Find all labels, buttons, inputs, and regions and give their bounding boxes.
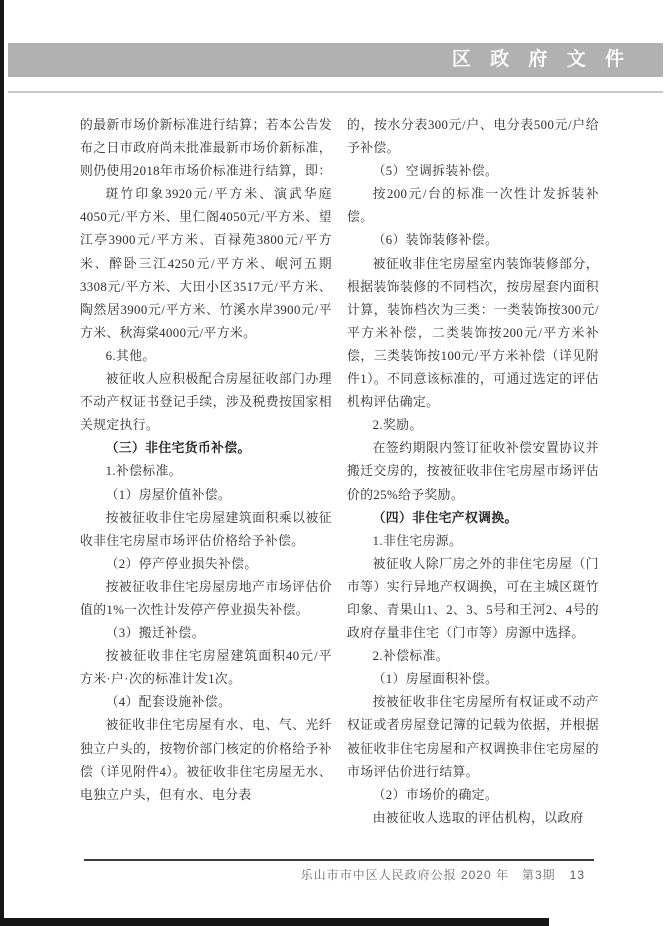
paragraph: （4）配套设施补偿。 [80,691,332,714]
banner-rule [8,91,663,93]
paragraph: 6.其他。 [80,345,332,368]
paragraph: 1.补偿标准。 [80,460,332,483]
page-number: 13 [570,868,585,882]
paragraph: （6）装饰装修补偿。 [347,229,599,252]
page-footer: 乐山市市中区人民政府公报 2020 年 第3期13 [301,866,585,883]
paragraph: 斑竹印象3920元/平方米、演武华庭4050元/平方米、里仁阁4050元/平方米… [80,183,332,345]
paragraph: 被征收非住宅房屋室内装饰装修部分，根据装饰装修的不同档次，按房屋套内面积计算，装… [347,253,599,415]
scan-edge-bottom [0,918,549,926]
section-heading: （四）非住宅产权调换。 [347,507,599,530]
gazette-page: 区 政 府 文 件 的最新市场价新标准进行结算；若本公告发布之日市政府尚未批准最… [0,0,671,926]
section-heading: （三）非住宅货币补偿。 [80,437,332,460]
paragraph: 1.非住宅房源。 [347,530,599,553]
paragraph: 2.奖励。 [347,414,599,437]
banner-title: 区 政 府 文 件 [452,49,631,70]
gazette-title: 乐山市市中区人民政府公报 2020 年 第3期 [301,868,556,882]
section-banner: 区 政 府 文 件 [8,43,663,77]
paragraph: 在签约期限内签订征收补偿安置协议并搬迁交房的，按被征收非住宅房屋市场评估价的25… [347,437,599,506]
paragraph: （2）停产停业损失补偿。 [80,553,332,576]
paragraph: 按被征收非住宅房屋所有权证或不动产权证或者房屋登记簿的记载为依据，并根据被征收非… [347,691,599,783]
paragraph: 2.补偿标准。 [347,645,599,668]
paragraph: 按200元/台的标准一次性计发拆装补偿。 [347,183,599,229]
paragraph: 由被征收人选取的评估机构，以政府 [347,807,599,830]
paragraph: （1）房屋面积补偿。 [347,668,599,691]
paragraph: 的，按水分表300元/户、电分表500元/户给予补偿。 [347,114,599,160]
paragraph: 被征收人应积极配合房屋征收部门办理不动产权证书登记手续，涉及税费按国家相关规定执… [80,368,332,437]
footer-rule [84,859,594,861]
paragraph: 按被征收非住宅房屋建筑面积乘以被征收非住宅房屋市场评估价格给予补偿。 [80,507,332,553]
paragraph: （5）空调拆装补偿。 [347,160,599,183]
paragraph: 按被征收非住宅房屋房地产市场评估价值的1%一次性计发停产停业损失补偿。 [80,576,332,622]
paragraph: （3）搬迁补偿。 [80,622,332,645]
paragraph: 的最新市场价新标准进行结算；若本公告发布之日市政府尚未批准最新市场价新标准，则仍… [80,114,332,183]
left-column: 的最新市场价新标准进行结算；若本公告发布之日市政府尚未批准最新市场价新标准，则仍… [80,114,332,807]
paragraph: 被征收人除厂房之外的非住宅房屋（门市等）实行异地产权调换，可在主城区斑竹印象、青… [347,553,599,645]
paragraph: 按被征收非住宅房屋建筑面积40元/平方米·户·次的标准计发1次。 [80,645,332,691]
paragraph: 被征收非住宅房屋有水、电、气、光纤独立户头的，按物价部门核定的价格给予补偿（详见… [80,714,332,806]
scan-edge-left [0,0,4,926]
paragraph: （2）市场价的确定。 [347,784,599,807]
right-column: 的，按水分表300元/户、电分表500元/户给予补偿。 （5）空调拆装补偿。 按… [347,114,599,830]
paragraph: （1）房屋价值补偿。 [80,484,332,507]
